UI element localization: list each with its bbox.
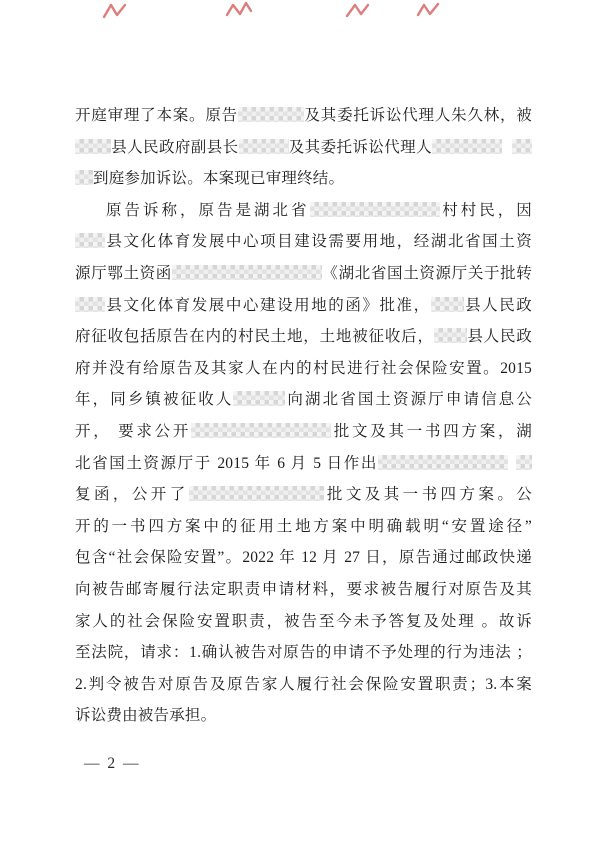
text-segment: 批文及其一书四方案，湖	[331, 423, 532, 440]
text-body: 开庭审理了本案。原告及其委托诉讼代理人朱久林，被告县人民政府副县长及其委托诉讼代…	[75, 100, 532, 732]
red-ink-marks	[0, 0, 603, 24]
red-ink-mark	[347, 5, 368, 16]
redaction-block	[516, 455, 532, 470]
text-line: 诉讼费由被告承担。	[75, 700, 532, 732]
text-line: 源厅鄂土资函《湖北省国土资源厅关于批转	[75, 258, 532, 290]
text-line: 开庭审理了本案。原告及其委托诉讼代理人朱久林，被告	[75, 100, 532, 132]
text-segment: 家人的社会保险安置职责，被告至今未予答复及处理 。故诉	[75, 613, 532, 630]
redaction-block	[189, 486, 324, 501]
redaction-block	[310, 202, 440, 217]
text-line: 县文化体育发展中心建设用地的函》批准，县人民政	[75, 290, 532, 322]
text-segment: 北省国土资源厅于 2015 年 6 月 5 日作出	[75, 455, 378, 472]
text-segment: 村村民，因	[440, 202, 533, 219]
text-segment: 源厅鄂土资函	[75, 265, 172, 282]
text-segment: 年，同乡镇被征收人	[75, 391, 233, 408]
text-line: 2.判令被告对原告及原告家人履行社会保险安置职责；3.本案	[75, 669, 532, 701]
text-line: 年，同乡镇被征收人向湖北省国土资源厅申请信息公	[75, 384, 532, 416]
text-segment: 县人民政	[467, 328, 532, 345]
text-line: 府并没有给原告及其家人在内的村民进行社会保险安置。2015	[75, 353, 532, 385]
red-ink-mark	[227, 3, 251, 15]
redaction-block	[233, 391, 285, 406]
red-ink-mark	[104, 5, 125, 17]
text-segment: 县人民政府副县长	[111, 139, 239, 156]
redaction-block	[239, 139, 289, 154]
redaction-block	[75, 170, 93, 185]
text-line: 原告诉称，原告是湖北省村村民，因	[75, 195, 532, 227]
redaction-block	[431, 297, 464, 312]
text-line: 至法院，请求：1.确认被告对原告的申请不予处理的行为违法 ；	[75, 637, 532, 669]
text-line: 县人民政府副县长及其委托诉讼代理人	[75, 132, 532, 164]
text-segment: 县文化体育发展中心项目建设需要用地，经湖北省国土资	[105, 233, 532, 250]
redaction-block	[238, 107, 304, 122]
text-line: 复函，公开了批文及其一书四方案。公	[75, 479, 532, 511]
page-number: — 2 —	[84, 755, 141, 773]
redaction-block	[434, 328, 467, 343]
text-segment: 2.判令被告对原告及原告家人履行社会保险安置职责；3.本案	[75, 676, 532, 693]
text-line: 开， 要求公开批文及其一书四方案，湖	[75, 416, 532, 448]
text-segment: 原告诉称，原告是湖北省	[106, 202, 310, 219]
redaction-block	[378, 455, 508, 470]
text-segment: 府并没有给原告及其家人在内的村民进行社会保险安置。2015	[75, 360, 532, 377]
text-line: 府征收包括原告在内的村民土地，土地被征收后，县人民政	[75, 321, 532, 353]
text-segment: 复函，公开了	[75, 486, 189, 503]
text-segment: 县人民政	[464, 297, 532, 314]
text-segment: 批文及其一书四方案。公	[324, 486, 532, 503]
text-segment: 及其委托诉讼代理人	[289, 139, 432, 156]
redaction-block	[75, 297, 105, 312]
text-segment: 到庭参加诉讼。本案现已审理终结。	[93, 170, 344, 187]
text-segment: 包含“社会保险安置”。2022 年 12 月 27 日，原告通过邮政快递	[75, 549, 532, 566]
text-segment: 《湖北省国土资源厅关于批转	[322, 265, 532, 282]
redaction-block	[191, 423, 331, 438]
text-segment: 开， 要求公开	[75, 423, 191, 440]
text-line: 包含“社会保险安置”。2022 年 12 月 27 日，原告通过邮政快递	[75, 542, 532, 574]
redaction-block	[75, 233, 105, 248]
text-line: 向被告邮寄履行法定职责申请材料，要求被告履行对原告及其	[75, 574, 532, 606]
text-segment: 府征收包括原告在内的村民土地，土地被征收后，	[75, 328, 434, 345]
redaction-block	[512, 139, 532, 154]
red-ink-mark	[418, 4, 438, 15]
text-segment: 县文化体育发展中心建设用地的函》批准，	[105, 297, 431, 314]
text-segment: 开的一书四方案中的征用土地方案中明确载明“安置途径”	[75, 518, 532, 535]
redaction-block	[172, 265, 322, 280]
text-line: 北省国土资源厅于 2015 年 6 月 5 日作出	[75, 448, 532, 480]
text-line: 县文化体育发展中心项目建设需要用地，经湖北省国土资	[75, 226, 532, 258]
text-line: 到庭参加诉讼。本案现已审理终结。	[75, 163, 532, 195]
text-line: 开的一书四方案中的征用土地方案中明确载明“安置途径”	[75, 511, 532, 543]
scanned-court-document-page: 开庭审理了本案。原告及其委托诉讼代理人朱久林，被告县人民政府副县长及其委托诉讼代…	[0, 0, 603, 850]
text-segment: 诉讼费由被告承担。	[75, 707, 216, 724]
text-segment: 至法院，请求：1.确认被告对原告的申请不予处理的行为违法 ；	[75, 644, 532, 661]
text-line: 家人的社会保险安置职责，被告至今未予答复及处理 。故诉	[75, 606, 532, 638]
text-segment: 开庭审理了本案。原告	[75, 107, 238, 124]
text-segment: 向被告邮寄履行法定职责申请材料，要求被告履行对原告及其	[75, 581, 532, 598]
text-segment: 向湖北省国土资源厅申请信息公	[285, 391, 532, 408]
redaction-block	[432, 139, 502, 154]
redaction-block	[75, 139, 111, 154]
